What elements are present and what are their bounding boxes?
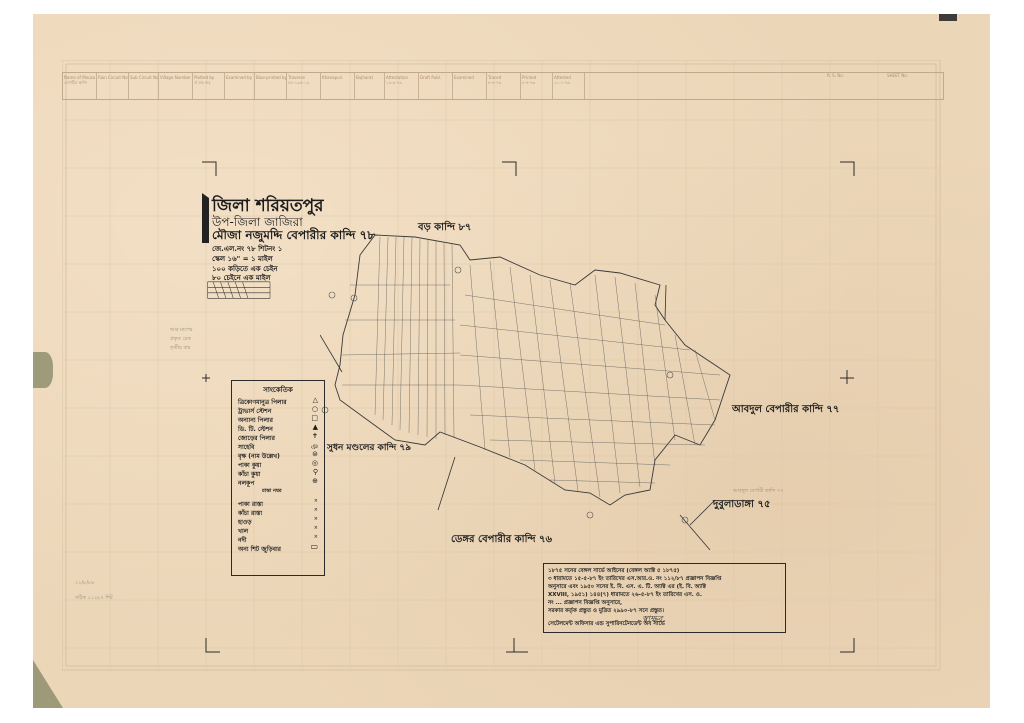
neighbor-west-label: সুধন মণ্ডলের কান্দি ৭৯	[327, 440, 411, 455]
hdr-cell: Draft Publ.	[419, 73, 453, 99]
hdr-cell: Examined by	[225, 73, 255, 99]
certification-box: ১৮৭৫ সনের বেঙ্গল সার্ভে আইনের (বেঙ্গল অ্…	[543, 563, 786, 633]
legend-item: অন্য শিট জুড়িবার	[238, 544, 281, 555]
cross-icon: ✝	[312, 432, 318, 440]
circle-icon: ○	[312, 405, 318, 413]
cert-footer: সেটেলমেন্ট অফিসার এন্ড সুপারিনটেনডেন্ট অ…	[548, 621, 665, 629]
pencil-note: প্রকৃত চেক	[170, 336, 191, 344]
x-mark-icon: ×	[314, 498, 318, 504]
legend-item: নলকূপ	[238, 478, 254, 489]
hdr-cell: Rain Circuit No.	[97, 73, 129, 99]
hdr-cell: Examined	[453, 73, 487, 99]
legend-title: সাংকেতিক	[232, 384, 324, 396]
hdr-cell: Traced৮-৪-৭৬	[487, 73, 521, 99]
hdr-cell: Traverse৪৮-১৯৫-১৯	[287, 73, 321, 99]
legend-box: সাংকেতিক ত্রিকোণমানুত্র পিলার△ ট্রাভার্স…	[231, 380, 325, 576]
x-mark-icon: ×	[314, 516, 318, 522]
well-icon: ◎	[312, 459, 318, 467]
rs-number-label: R. S. No.	[827, 73, 844, 78]
hdr-cell: Attested২১-১-৭৬	[553, 73, 585, 99]
neighbor-north-label: বড় কান্দি ৮৭	[418, 220, 471, 237]
hdr-cell: Name of Mouzaবেপারীর কান্দি	[63, 73, 97, 99]
header-register-table: Name of Mouzaবেপারীর কান্দি Rain Circuit…	[62, 72, 944, 100]
tree-icon: ⊜	[312, 450, 318, 458]
neighbor-southeast-label: দুবুলাডাঙ্গা ৭৫	[713, 497, 770, 514]
cert-line: সরকার কর্তৃক প্রস্তুত ও মুদ্রিত ২৯৯০-৮৭ …	[548, 607, 781, 615]
neighbor-south-label: ডেঙ্গর বেপারীর কান্দি ৭৬	[451, 532, 552, 549]
hdr-cell: Village Number	[159, 73, 193, 99]
kuccha-well-icon: ⚲	[313, 468, 318, 476]
scale-diagram	[205, 280, 280, 302]
hdr-cell: Khanapuri	[321, 73, 355, 99]
sheet-join-icon: ▭	[310, 542, 318, 551]
hdr-cell: Attestation১৯-৯-৭৬	[385, 73, 419, 99]
pencil-note: আবদুল বেপারী কান্দি ৭৭	[733, 488, 783, 496]
binding-tab	[939, 14, 957, 21]
hdr-cell: Bujharat	[355, 73, 385, 99]
cert-line: নং ... প্রজ্ঞাপন বিজ্ঞপ্তি অনুসারে,	[548, 599, 781, 607]
tubewell-icon: ⊕	[312, 477, 318, 485]
filled-triangle-icon: ▲	[313, 423, 318, 431]
cert-line: ১৮৭৫ সনের বেঙ্গল সার্ভে আইনের (বেঙ্গল অ্…	[548, 567, 781, 575]
x-mark-icon: ×	[314, 507, 318, 513]
hdr-cell: Printed৮-৪-৭৬	[521, 73, 553, 99]
sheet-number-label: SHEET No.	[887, 73, 908, 78]
pencil-note: আর মাপের	[170, 327, 193, 335]
x-mark-icon: ×	[314, 534, 318, 540]
triangle-icon: △	[313, 396, 318, 404]
cert-line: XXVIII, ১৯৫১) ১৪৪(৭) ধারামতে ২৬-৫-৮৭ ইং …	[548, 591, 781, 599]
water-stain-left	[33, 352, 53, 388]
pencil-note: তৃতীয় বার	[170, 345, 190, 353]
neighbor-east-label: আবদুল বেপারীর কান্দি ৭৭	[732, 402, 839, 419]
hdr-cell: Plotted byঐ মাঃ হাঃ	[193, 73, 225, 99]
title-accent-bar	[202, 193, 209, 243]
hdr-cell: Blue-printed by	[255, 73, 287, 99]
cert-line: অনুসারে এবং ১৯৫০ সনের ই. বি. এস. এ. টি. …	[548, 583, 781, 591]
cert-line: ৩ ধারামতে ১৫-৫-৮৭ ইং তারিখের এস.আর.ও. নং…	[548, 575, 781, 583]
hdr-cell: Sub Circuit No.	[129, 73, 159, 99]
x-mark-icon: ×	[314, 525, 318, 531]
legend-subheading: রাস্তা নম্বর	[262, 488, 282, 496]
pencil-note: সঠিক ১১২৮৭ শিট	[75, 595, 112, 603]
pencil-note: ২১/৮/৮৮	[75, 580, 95, 588]
cadastral-parcel-map	[320, 225, 740, 565]
square-icon: □	[311, 414, 318, 422]
